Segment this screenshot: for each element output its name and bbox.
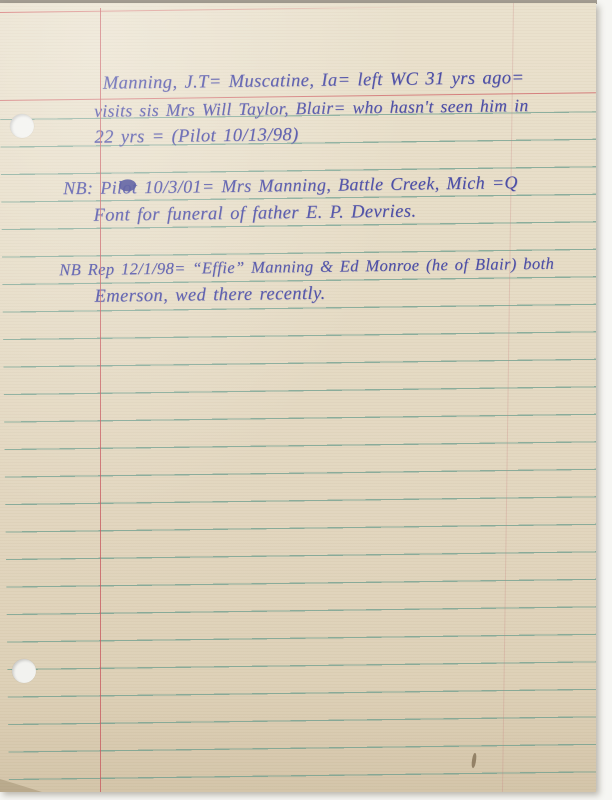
hole-punch-bottom: [12, 659, 36, 683]
note-entry-3-line-2: Emerson, wed there recently.: [94, 284, 325, 308]
top-red-rule: [0, 6, 428, 13]
corner-fold: [0, 779, 42, 792]
hole-punch-top: [10, 114, 34, 138]
left-margin-line: [100, 8, 101, 792]
note-entry-2-line-2: Font for funeral of father E. P. Devries…: [93, 202, 416, 227]
ruled-notebook-paper: Manning, J.T= Muscatine, Ia= left WC 31 …: [0, 3, 596, 792]
note-entry-1-line-1: Manning, J.T= Muscatine, Ia= left WC 31 …: [103, 68, 525, 95]
note-entry-1-line-3: 22 yrs = (Pilot 10/13/98): [94, 125, 298, 149]
scanned-notebook-page: Manning, J.T= Muscatine, Ia= left WC 31 …: [0, 0, 612, 800]
